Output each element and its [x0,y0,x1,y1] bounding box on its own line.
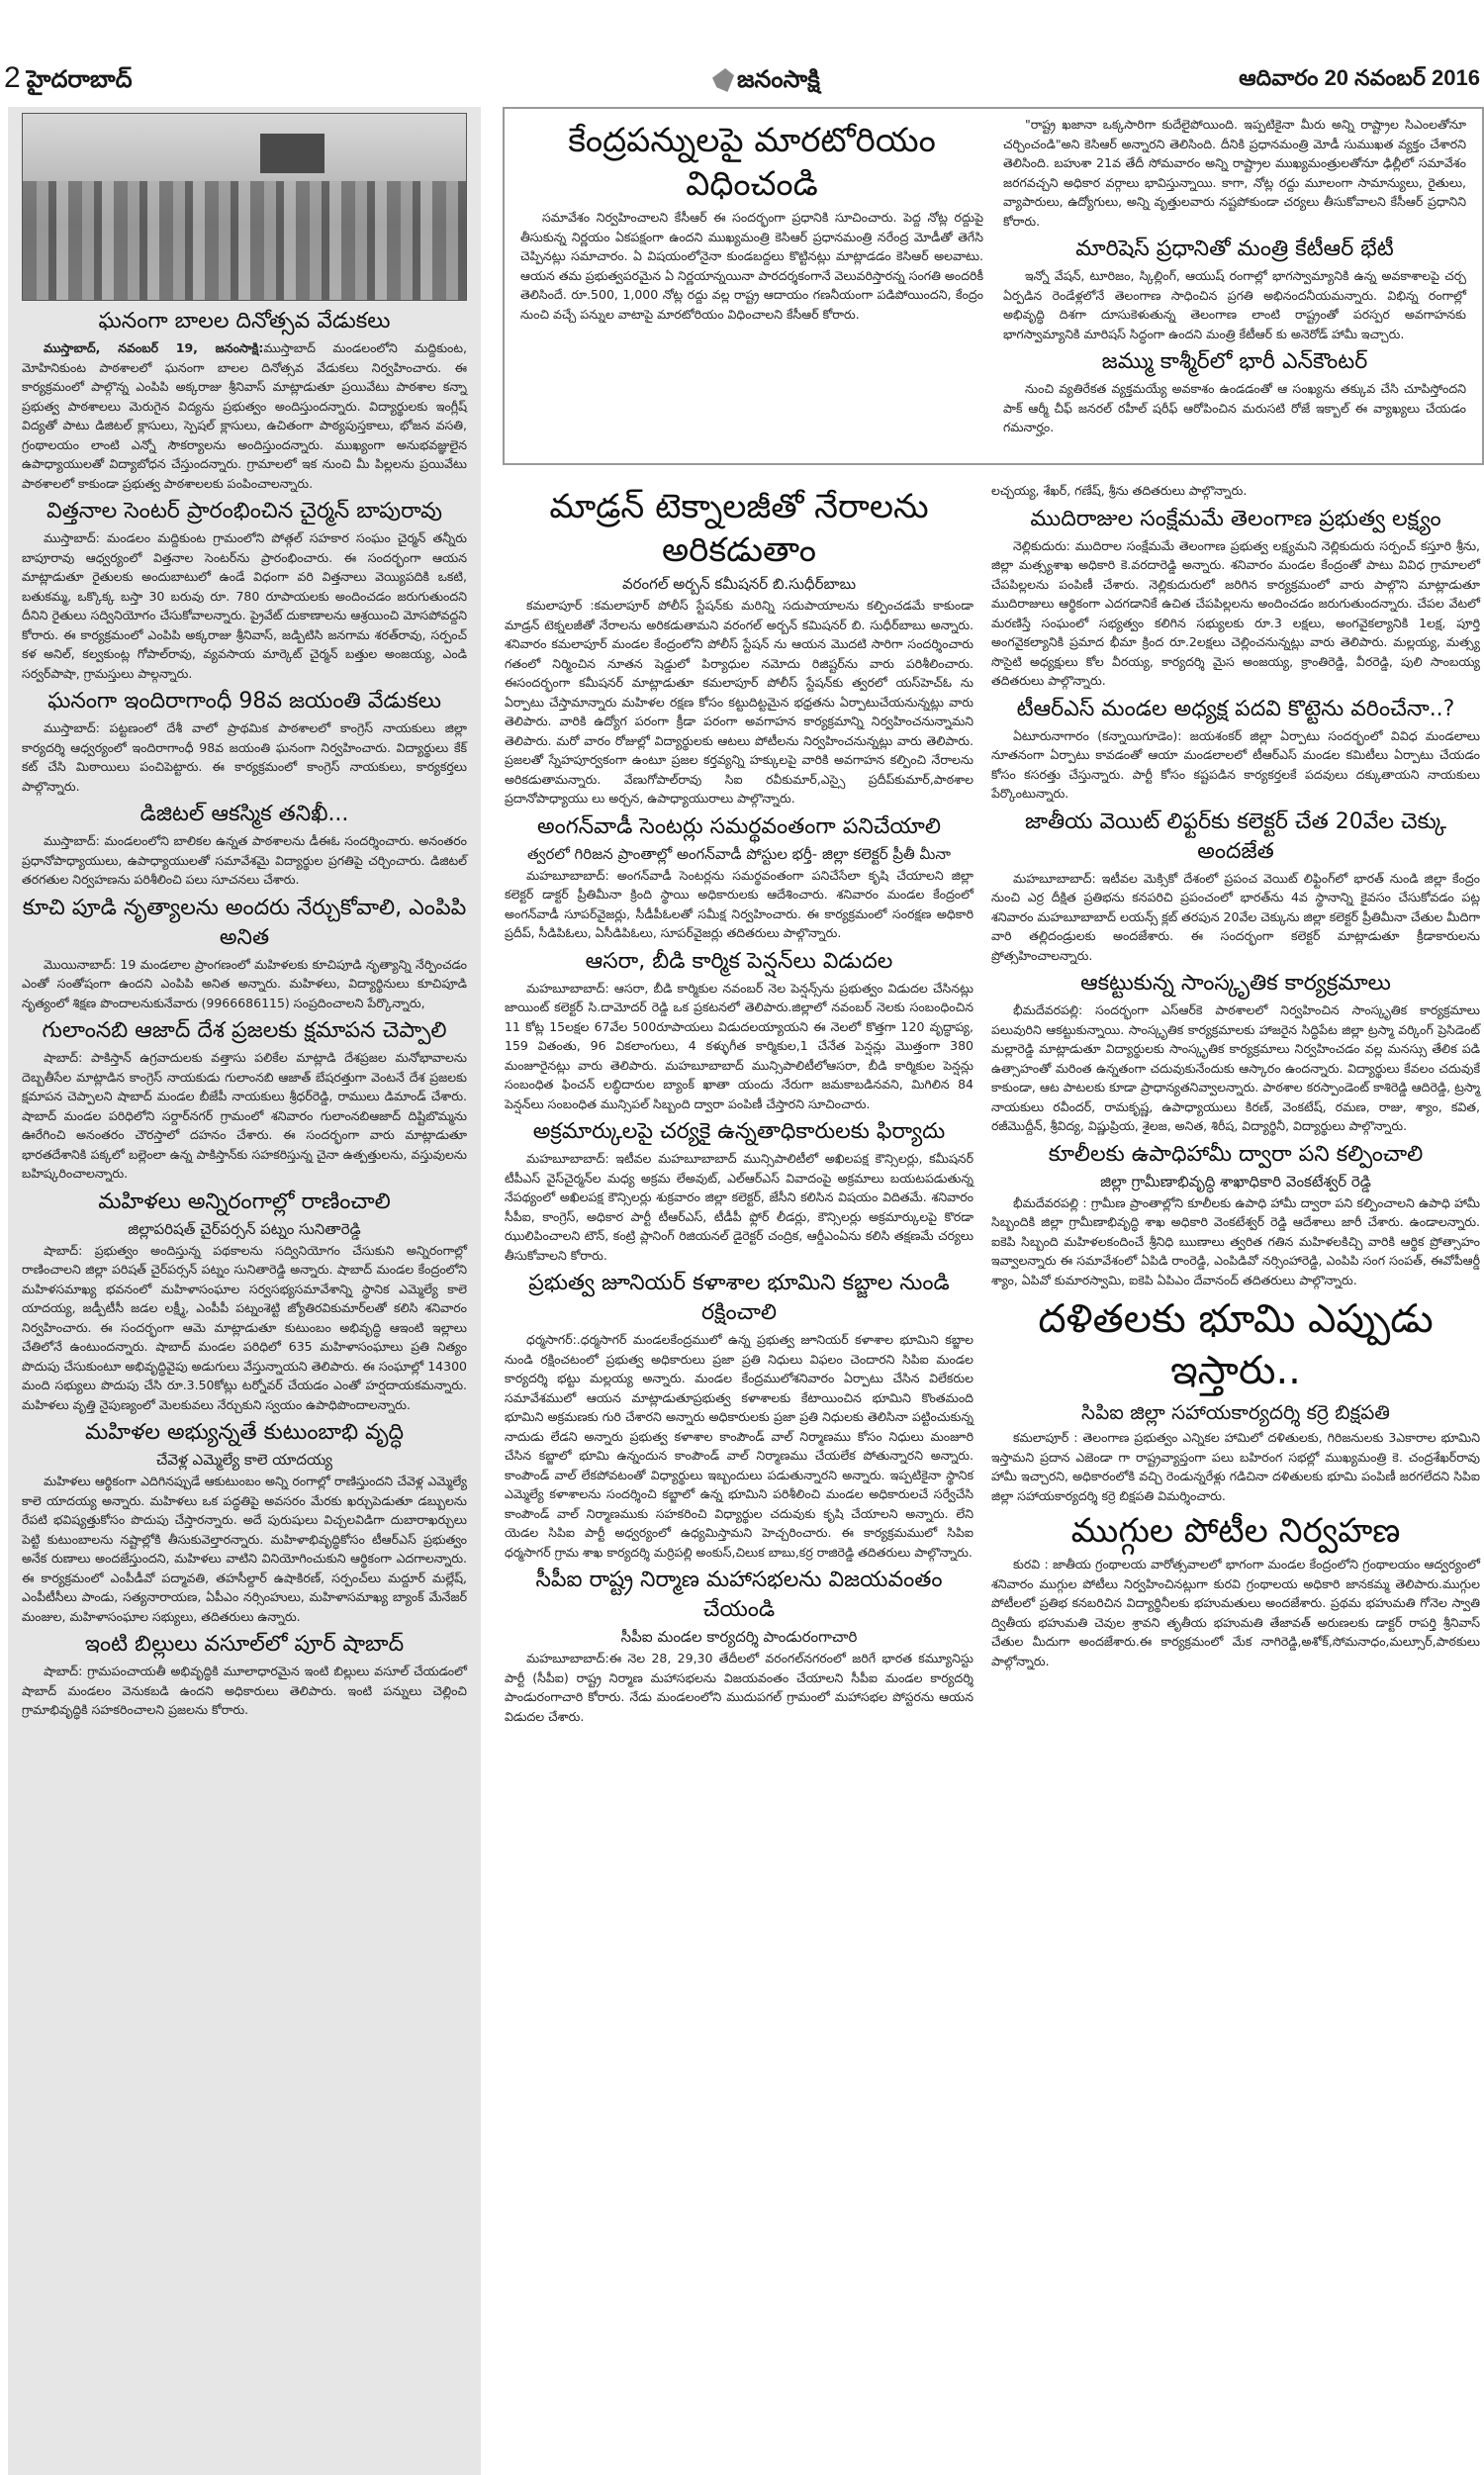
article: గులాంనబి ఆజాద్ దేశ ప్రజలకు క్షమాపన చెప్ప… [22,1016,467,1184]
article: అంగన్‌వాడీ సెంటర్లు సమర్థవంతంగా పనిచేయాల… [505,812,974,943]
article-body: ముస్తాబాద్: మండలంలోని బాలికల ఉన్నత పాఠశా… [22,831,467,890]
article-body: మహబూబాబాద్: ఇటీవల మెక్సికో దేశంలో ప్రపంచ… [991,869,1480,966]
article-body: భీమదేవరపల్లి: సందర్భంగా ఎస్ఆర్‌కె పాఠశాల… [991,1000,1480,1136]
article-body: ఏటూరునాగారం (కన్నాయిగూడెం): జయశంకర్ జిల్… [991,726,1480,804]
article-headline: ఆకట్టుకున్న సాంస్కృతిక కార్యక్రమాలు [991,969,1480,999]
article-body: భీమదేవరపల్లి : గ్రామీణ ప్రాంతాల్లోని కూల… [991,1193,1480,1290]
article: జాతీయ వెయిట్ లిఫ్టర్‌కు కలెక్టర్ చేత 20వ… [991,808,1480,966]
article-body: షాబాద్: ప్రభుత్వం అందిస్తున్న పథకాలను సద… [22,1241,467,1415]
article-headline: అక్రమార్కులపై చర్యకై ఉన్నతాధికారులకు ఫిర… [505,1117,974,1147]
article-subhead: సిపిఐ జిల్లా సహాయకార్యదర్శి కర్రె బిక్షప… [991,1398,1480,1426]
article-headline: విత్తనాల సెంటర్ ప్రారంభించిన చైర్మన్ బాప… [22,497,467,526]
page-number: 2హైదరాబాద్ [4,61,133,99]
article-headline: ఆసరా, బీడి కార్మిక పెన్షన్‌లు విడుదల [505,947,974,977]
newspaper-logo: జనంసాక్షి [712,65,820,99]
article-body: నుంచి వ్యతిరేకత వ్యక్తమయ్యే అవకాశం ఉండడం… [1003,379,1466,437]
article-headline: జమ్ము కాశ్మీర్‌లో భారీ ఎన్‌కౌంటర్ [1003,347,1466,377]
article: ఘనంగా బాలల దినోత్సవ వేడుకలు ముస్తాబాద్, … [22,307,467,493]
article-body: కమలాపూర్ :కమలాపూర్ పోలీస్ స్టేషన్‌కు మరి… [505,596,974,809]
photo-group [23,181,466,300]
article-subhead: త్వరలో గిరిజన ప్రాంతాల్లో అంగన్‌వాడీ పోస… [505,844,974,864]
article: ప్రభుత్వ జూనియర్ కళాశాల భూమిని కబ్జాల ను… [505,1269,974,1562]
article: టీఆర్ఎస్ మండల అధ్యక్ష పదవి కొట్టెను వరిం… [991,695,1480,804]
article-headline: ముదిరాజుల సంక్షేమమే తెలంగాణ ప్రభుత్వ లక్… [991,505,1480,534]
article-headline: మారిషెస్ ప్రధానితో మంత్రి కేటీఆర్ భేటీ [1003,235,1466,264]
masthead: 2హైదరాబాద్ జనంసాక్షి ఆదివారం 20 నవంబర్ 2… [0,59,1484,103]
article-dateline: ముస్తాబాద్, నవంబర్ 19, జనంసాక్షి: [44,340,263,355]
article-body: ముస్తాబాద్, నవంబర్ 19, జనంసాక్షి:ముస్తాబ… [22,338,467,493]
article-body: ధర్మసాగర్:.ధర్మసాగర్ మండలకేంద్రములో ఉన్న… [505,1330,974,1562]
lead-story-box: కేంద్రపన్నులపై మారటోరియం విధించండి సమావే… [503,107,1484,465]
article-headline: సీపీఐ రాష్ట్ర నిర్మాణ మహాసభలను విజయవంతం … [505,1566,974,1625]
article: డిజిటల్ ఆకస్మిక తనిఖీ... ముస్తాబాద్: మండ… [22,800,467,890]
article-headline: ఘనంగా బాలల దినోత్సవ వేడుకలు [22,307,467,336]
article-body: మహిళలు ఆర్థికంగా ఎదిగినప్పుడే ఆకుటుంబం అ… [22,1472,467,1626]
article-body: నెల్లికుదురు: ముదిరాల సంక్షేమమే తెలంగాణ … [991,536,1480,691]
article: సీపీఐ రాష్ట్ర నిర్మాణ మహాసభలను విజయవంతం … [505,1566,974,1726]
issue-date: ఆదివారం 20 నవంబర్ 2016 [1239,65,1480,96]
telangana-map-icon [712,68,734,92]
article: అక్రమార్కులపై చర్యకై ఉన్నతాధికారులకు ఫిర… [505,1117,974,1265]
article-body: కురవి : జాతీయ గ్రంథాలయ వారోత్సవాలలో భాగం… [991,1555,1480,1670]
article-headline: మహిళలు అన్నిరంగాల్లో రాణించాలి [22,1188,467,1217]
article: కూలీలకు ఉపాధిహామీ ద్వారా పని కల్పించాలి … [991,1140,1480,1290]
article-headline: ముగ్గుల పోటీల నిర్వహణ [991,1509,1480,1553]
article: ఆసరా, బీడి కార్మిక పెన్షన్‌లు విడుదల మహబ… [505,947,974,1114]
article-headline: దళితలకు భూమి ఎప్పుడు ఇస్తారు.. [991,1293,1480,1396]
article-headline: ఇంటి బిల్లులు వసూల్‌లో పూర్ షాబాద్ [22,1630,467,1660]
article-headline: మహిళల అభ్యున్నతే కుటుంబాభి వృద్ధి [22,1418,467,1448]
article-body: ఇన్నో వేషన్, టూరిజం, స్కిల్లింగ్, ఆయుష్ … [1003,266,1466,343]
article-body: మొయినాబాద్: 19 మండలాల ప్రాంగణంలో మహిళలకు… [22,955,467,1013]
right-column: లచ్చయ్య, శేఖర్, గణేష్, శ్రీను తదితరులు ప… [987,477,1484,2475]
article-subhead: చేవెళ్ల ఎమ్మెల్యే కాలె యాదయ్య [22,1450,467,1470]
article: విత్తనాల సెంటర్ ప్రారంభించిన చైర్మన్ బాప… [22,497,467,683]
article-subhead: సీపీఐ మండల కార్యదర్శి పాండురంగాచారి [505,1627,974,1647]
lead-story-right: "రాష్ట్ర ఖజానా ఒక్కసారిగా కుదేలైపోయింది.… [1003,115,1466,441]
article-body: కమలాపూర్ : తెలంగాణ ప్రభుత్వం ఎన్నికల హామ… [991,1428,1480,1505]
article-body: ముస్తాబాద్: పట్టణంలో దేశీ వాలో ప్రాథమిక … [22,718,467,796]
article: మహిళలు అన్నిరంగాల్లో రాణించాలి జిల్లాపరి… [22,1188,467,1415]
middle-column: మాడ్రన్ టెక్నాలజీతో నేరాలను అరికడుతాం వర… [501,477,977,2475]
article-headline: అంగన్‌వాడీ సెంటర్లు సమర్థవంతంగా పనిచేయాల… [505,812,974,842]
newspaper-name: జనంసాక్షి [737,65,820,93]
lead-headline: కేంద్రపన్నులపై మారటోరియం విధించండి [520,119,983,206]
page-number-value: 2 [4,61,21,94]
section-name: హైదరాబాద్ [27,66,133,93]
article: దళితలకు భూమి ఎప్పుడు ఇస్తారు.. సిపిఐ జిల… [991,1293,1480,1505]
article-headline: ఘనంగా ఇందిరాగాంధీ 98వ జయంతి వేడుకలు [22,687,467,716]
article-subhead: వరంగల్ అర్బన్ కమీషనర్ బి.సుధీర్‌బాబు [505,574,974,594]
article-body: ముస్తాబాద్: మండలం మద్దికుంట గ్రామంలోని ప… [22,528,467,683]
article: ఘనంగా ఇందిరాగాంధీ 98వ జయంతి వేడుకలు ముస్… [22,687,467,796]
article-headline: ప్రభుత్వ జూనియర్ కళాశాల భూమిని కబ్జాల ను… [505,1269,974,1328]
article-subhead: జిల్లాపరిషత్ చైర్‌పర్సన్ పట్నం సునితారెడ… [22,1219,467,1239]
article-body: షాబాద్: పాకిస్తాన్ ఉగ్రవాదులకు వత్తాసు ప… [22,1048,467,1184]
article-headline: జాతీయ వెయిట్ లిఫ్టర్‌కు కలెక్టర్ చేత 20వ… [991,808,1480,867]
article: ముదిరాజుల సంక్షేమమే తెలంగాణ ప్రభుత్వ లక్… [991,505,1480,691]
article: మాడ్రన్ టెక్నాలజీతో నేరాలను అరికడుతాం వర… [505,485,974,809]
article-headline: కూచి పూడి నృత్యాలను అందరు నేర్చుకోవాలి, … [22,894,467,953]
article: కూచి పూడి నృత్యాలను అందరు నేర్చుకోవాలి, … [22,894,467,1013]
article-headline: మాడ్రన్ టెక్నాలజీతో నేరాలను అరికడుతాం [505,485,974,572]
article-headline: డిజిటల్ ఆకస్మిక తనిఖీ... [22,800,467,829]
article-subhead: జిల్లా గ్రామీణాభివృద్ధి శాఖాధికారి వెంకట… [991,1172,1480,1191]
lead-story-left: కేంద్రపన్నులపై మారటోరియం విధించండి సమావే… [520,115,983,441]
article-body: షాబాద్: గ్రామపంచాయతీ అభివృద్ధికి మూలాధార… [22,1662,467,1720]
article-body: మహబూబాబాద్:ఈ నెల 28, 29,30 తేదీలలో వరంగల… [505,1649,974,1726]
article-headline: కూలీలకు ఉపాధిహామీ ద్వారా పని కల్పించాలి [991,1140,1480,1170]
article: మహిళల అభ్యున్నతే కుటుంబాభి వృద్ధి చేవెళ్… [22,1418,467,1626]
photo-blackboard [260,134,325,173]
article: ఆకట్టుకున్న సాంస్కృతిక కార్యక్రమాలు భీమద… [991,969,1480,1136]
news-photo [22,113,467,301]
article-headline: టీఆర్ఎస్ మండల అధ్యక్ష పదవి కొట్టెను వరిం… [991,695,1480,724]
article-body: మహబూబాబాద్: ఆసరా, బీడి కార్మికుల నవంబర్ … [505,979,974,1114]
article: ఇంటి బిల్లులు వసూల్‌లో పూర్ షాబాద్ షాబాద… [22,1630,467,1720]
lead-body-1: సమావేశం నిర్వహించాలని కేసీఆర్ ఈ సందర్భంగ… [520,208,983,324]
lead-body-2: "రాష్ట్ర ఖజానా ఒక్కసారిగా కుదేలైపోయింది.… [1003,115,1466,231]
article-body: మహబూబాబాద్: ఇటీవల మహబూబాబాద్ మున్సిపాలిట… [505,1149,974,1265]
article: ముగ్గుల పోటీల నిర్వహణ కురవి : జాతీయ గ్రం… [991,1509,1480,1670]
continued-text: లచ్చయ్య, శేఖర్, గణేష్, శ్రీను తదితరులు ప… [991,481,1480,501]
article-headline: గులాంనబి ఆజాద్ దేశ ప్రజలకు క్షమాపన చెప్ప… [22,1016,467,1046]
article-body: మహబూబాబాద్: అంగన్‌వాడీ సెంటర్లను సమర్థవం… [505,866,974,943]
left-column: ఘనంగా బాలల దినోత్సవ వేడుకలు ముస్తాబాద్, … [8,107,481,2475]
